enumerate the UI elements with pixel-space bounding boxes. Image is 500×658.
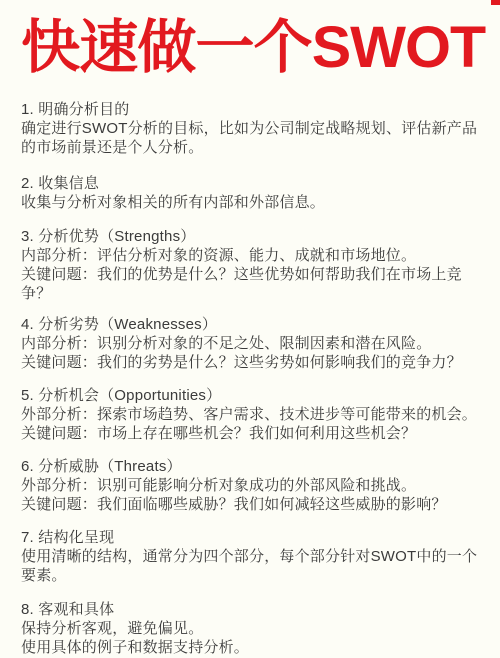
section-line: 内部分析：识别分析对象的不足之处、限制因素和潜在风险。 (21, 334, 480, 353)
section-line: 关键问题：我们的劣势是什么？这些劣势如何影响我们的竞争力？ (21, 353, 480, 372)
section-1-purpose: 1. 明确分析目的 确定进行SWOT分析的目标，比如为公司制定战略规划、评估新产… (21, 100, 480, 157)
section-8-objective-specific: 8. 客观和具体 保持分析客观，避免偏见。 使用具体的例子和数据支持分析。 (21, 600, 480, 657)
section-2-collect-info: 2. 收集信息 收集与分析对象相关的所有内部和外部信息。 (21, 174, 480, 212)
section-heading: 1. 明确分析目的 (21, 100, 480, 119)
section-line: 保持分析客观，避免偏见。 (21, 619, 480, 638)
section-4-weaknesses: 4. 分析劣势（Weaknesses） 内部分析：识别分析对象的不足之处、限制因… (21, 315, 480, 372)
cropped-red-artifact (491, 0, 500, 5)
section-line: 关键问题：我们面临哪些威胁？我们如何减轻这些威胁的影响？ (21, 495, 480, 514)
section-line: 要素。 (21, 566, 480, 585)
section-heading: 2. 收集信息 (21, 174, 480, 193)
section-6-threats: 6. 分析威胁（Threats） 外部分析：识别可能影响分析对象成功的外部风险和… (21, 457, 480, 514)
section-5-opportunities: 5. 分析机会（Opportunities） 外部分析：探索市场趋势、客户需求、… (21, 386, 480, 443)
section-line: 关键问题：我们的优势是什么？这些优势如何帮助我们在市场上竞 (21, 265, 480, 284)
section-line: 确定进行SWOT分析的目标，比如为公司制定战略规划、评估新产品 (21, 119, 480, 138)
section-7-structured-presentation: 7. 结构化呈现 使用清晰的结构，通常分为四个部分，每个部分针对SWOT中的一个… (21, 528, 480, 585)
section-line: 外部分析：探索市场趋势、客户需求、技术进步等可能带来的机会。 (21, 405, 480, 424)
section-line: 收集与分析对象相关的所有内部和外部信息。 (21, 193, 480, 212)
section-line: 使用具体的例子和数据支持分析。 (21, 638, 480, 657)
section-heading: 5. 分析机会（Opportunities） (21, 386, 480, 405)
section-line: 外部分析：识别可能影响分析对象成功的外部风险和挑战。 (21, 476, 480, 495)
page-title: 快速做一个SWOT (21, 16, 489, 80)
section-line: 内部分析：评估分析对象的资源、能力、成就和市场地位。 (21, 246, 480, 265)
section-heading: 7. 结构化呈现 (21, 528, 480, 547)
section-heading: 4. 分析劣势（Weaknesses） (21, 315, 480, 334)
section-line: 使用清晰的结构，通常分为四个部分，每个部分针对SWOT中的一个 (21, 547, 480, 566)
section-heading: 6. 分析威胁（Threats） (21, 457, 480, 476)
section-heading: 3. 分析优势（Strengths） (21, 227, 480, 246)
section-heading: 8. 客观和具体 (21, 600, 480, 619)
document-page: 快速做一个SWOT 1. 明确分析目的 确定进行SWOT分析的目标，比如为公司制… (0, 0, 500, 658)
section-line: 关键问题：市场上存在哪些机会？我们如何利用这些机会？ (21, 424, 480, 443)
section-3-strengths: 3. 分析优势（Strengths） 内部分析：评估分析对象的资源、能力、成就和… (21, 227, 480, 303)
section-line: 争？ (21, 284, 480, 303)
section-line: 的市场前景还是个人分析。 (21, 138, 480, 157)
